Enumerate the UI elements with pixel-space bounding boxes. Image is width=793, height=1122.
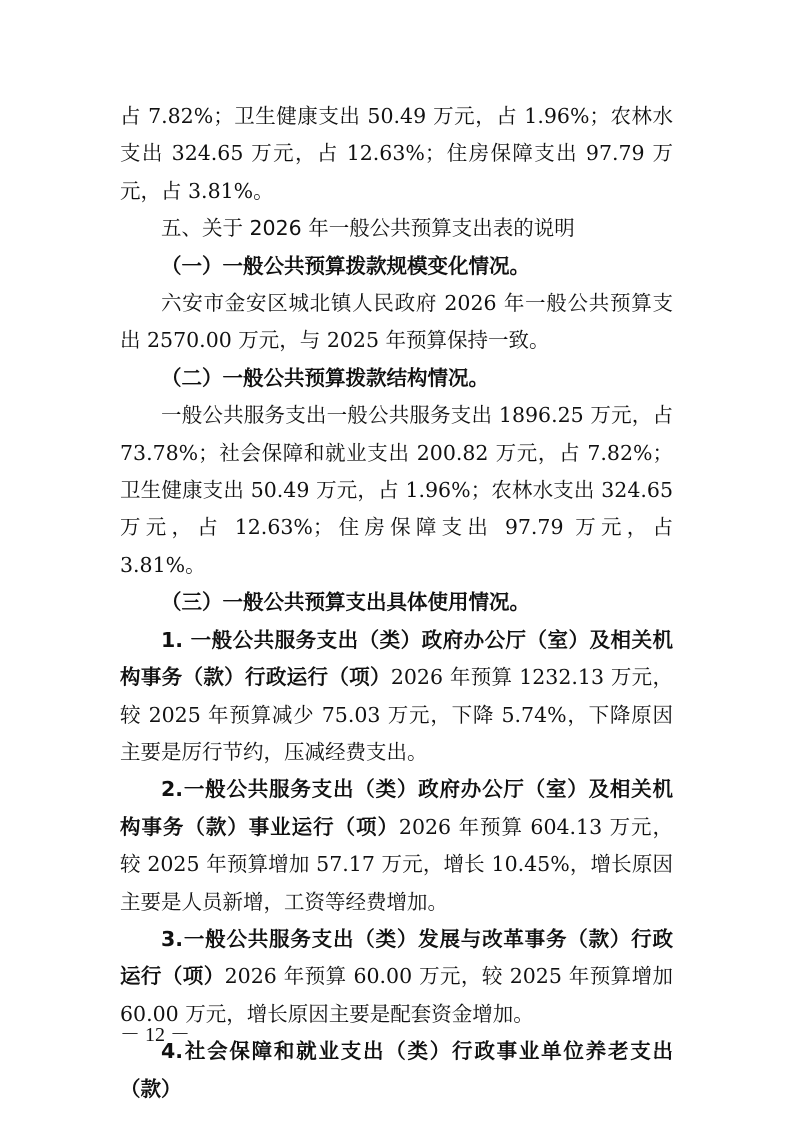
item-4: 4.社会保障和就业支出（类）行政事业单位养老支出（款） xyxy=(120,1033,673,1108)
section-heading-five: 五、关于 2026 年一般公共预算支出表的说明 xyxy=(120,210,673,247)
paragraph-continued: 占 7.82%；卫生健康支出 50.49 万元，占 1.96%；农林水支出 32… xyxy=(120,98,673,210)
paragraph-scale: 六安市金安区城北镇人民政府 2026 年一般公共预算支出 2570.00 万元，… xyxy=(120,285,673,360)
subheading-1: （一）一般公共预算拨款规模变化情况。 xyxy=(120,248,673,285)
document-page: 占 7.82%；卫生健康支出 50.49 万元，占 1.96%；农林水支出 32… xyxy=(120,98,673,1108)
item-3: 3.一般公共服务支出（类）发展与改革事务（款）行政运行（项）2026 年预算 6… xyxy=(120,921,673,1033)
subheading-2: （二）一般公共预算拨款结构情况。 xyxy=(120,360,673,397)
subheading-3: （三）一般公共预算支出具体使用情况。 xyxy=(120,584,673,621)
item-2: 2.一般公共服务支出（类）政府办公厅（室）及相关机构事务（款）事业运行（项）20… xyxy=(120,771,673,921)
item-4-title: 4.社会保障和就业支出（类）行政事业单位养老支出（款） xyxy=(120,1039,673,1100)
page-number: － 12 － xyxy=(120,1018,190,1047)
item-1: 1. 一般公共服务支出（类）政府办公厅（室）及相关机构事务（款）行政运行（项）2… xyxy=(120,622,673,772)
paragraph-structure: 一般公共服务支出一般公共服务支出 1896.25 万元，占 73.78%；社会保… xyxy=(120,397,673,584)
